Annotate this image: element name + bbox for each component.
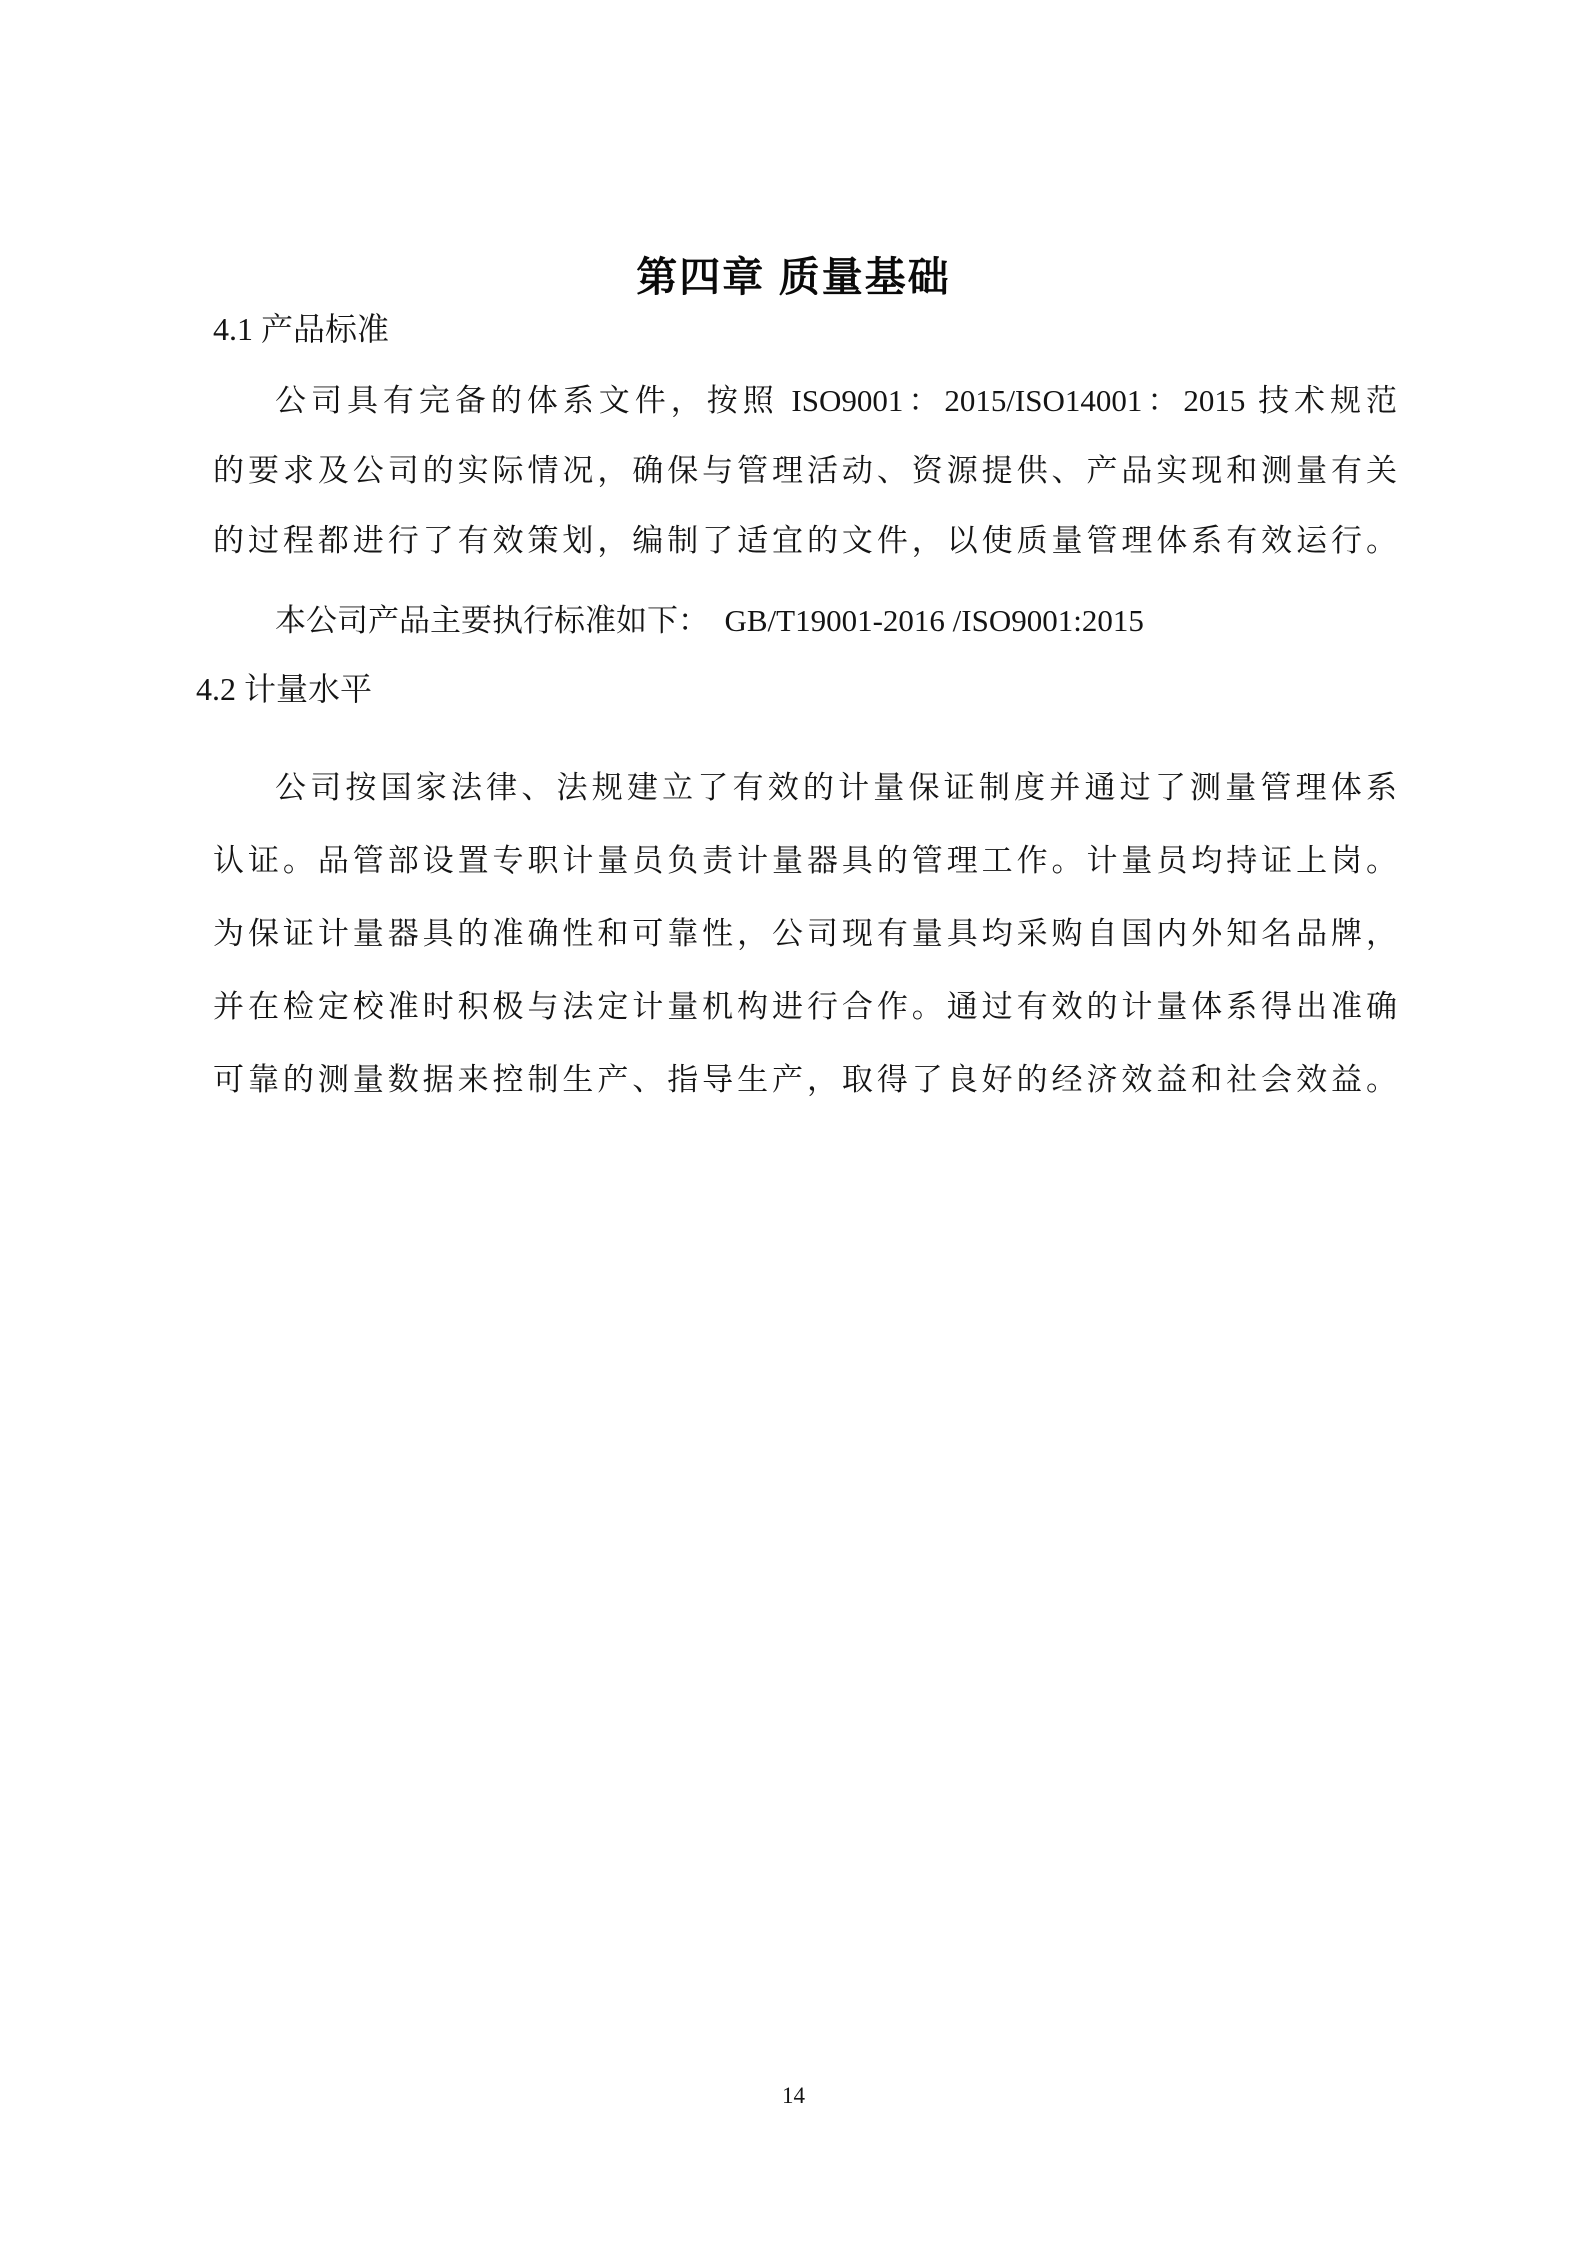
body-line: 并在检定校准时积极与法定计量机构进行合作。通过有效的计量体系得出准确	[213, 970, 1397, 1043]
page-number: 14	[0, 2084, 1587, 2107]
body-line: 的过程都进行了有效策划，编制了适宜的文件，以使质量管理体系有效运行。	[213, 506, 1397, 576]
section-heading-4-1: 4.1 产品标准	[213, 311, 389, 348]
section-heading-4-2: 4.2 计量水平	[196, 671, 372, 708]
chapter-title: 第四章 质量基础	[0, 257, 1587, 298]
standards-reference-line: 本公司产品主要执行标准如下： GB/T19001-2016 /ISO9001:2…	[213, 586, 1397, 656]
body-line: 的要求及公司的实际情况，确保与管理活动、资源提供、产品实现和测量有关	[213, 436, 1397, 506]
body-line: 可靠的测量数据来控制生产、指导生产，取得了良好的经济效益和社会效益。	[213, 1043, 1397, 1116]
document-page: 第四章 质量基础 4.1 产品标准 公司具有完备的体系文件，按照 ISO9001…	[0, 0, 1587, 2245]
body-line: 公司具有完备的体系文件，按照 ISO9001：2015/ISO14001：201…	[213, 366, 1397, 436]
section-4-2-paragraph: 公司按国家法律、法规建立了有效的计量保证制度并通过了测量管理体系 认证。品管部设…	[213, 751, 1397, 1116]
body-line: 认证。品管部设置专职计量员负责计量器具的管理工作。计量员均持证上岗。	[213, 824, 1397, 897]
body-line: 公司按国家法律、法规建立了有效的计量保证制度并通过了测量管理体系	[213, 751, 1397, 824]
section-4-1-paragraph: 公司具有完备的体系文件，按照 ISO9001：2015/ISO14001：201…	[213, 366, 1397, 576]
body-line: 为保证计量器具的准确性和可靠性，公司现有量具均采购自国内外知名品牌，	[213, 897, 1397, 970]
